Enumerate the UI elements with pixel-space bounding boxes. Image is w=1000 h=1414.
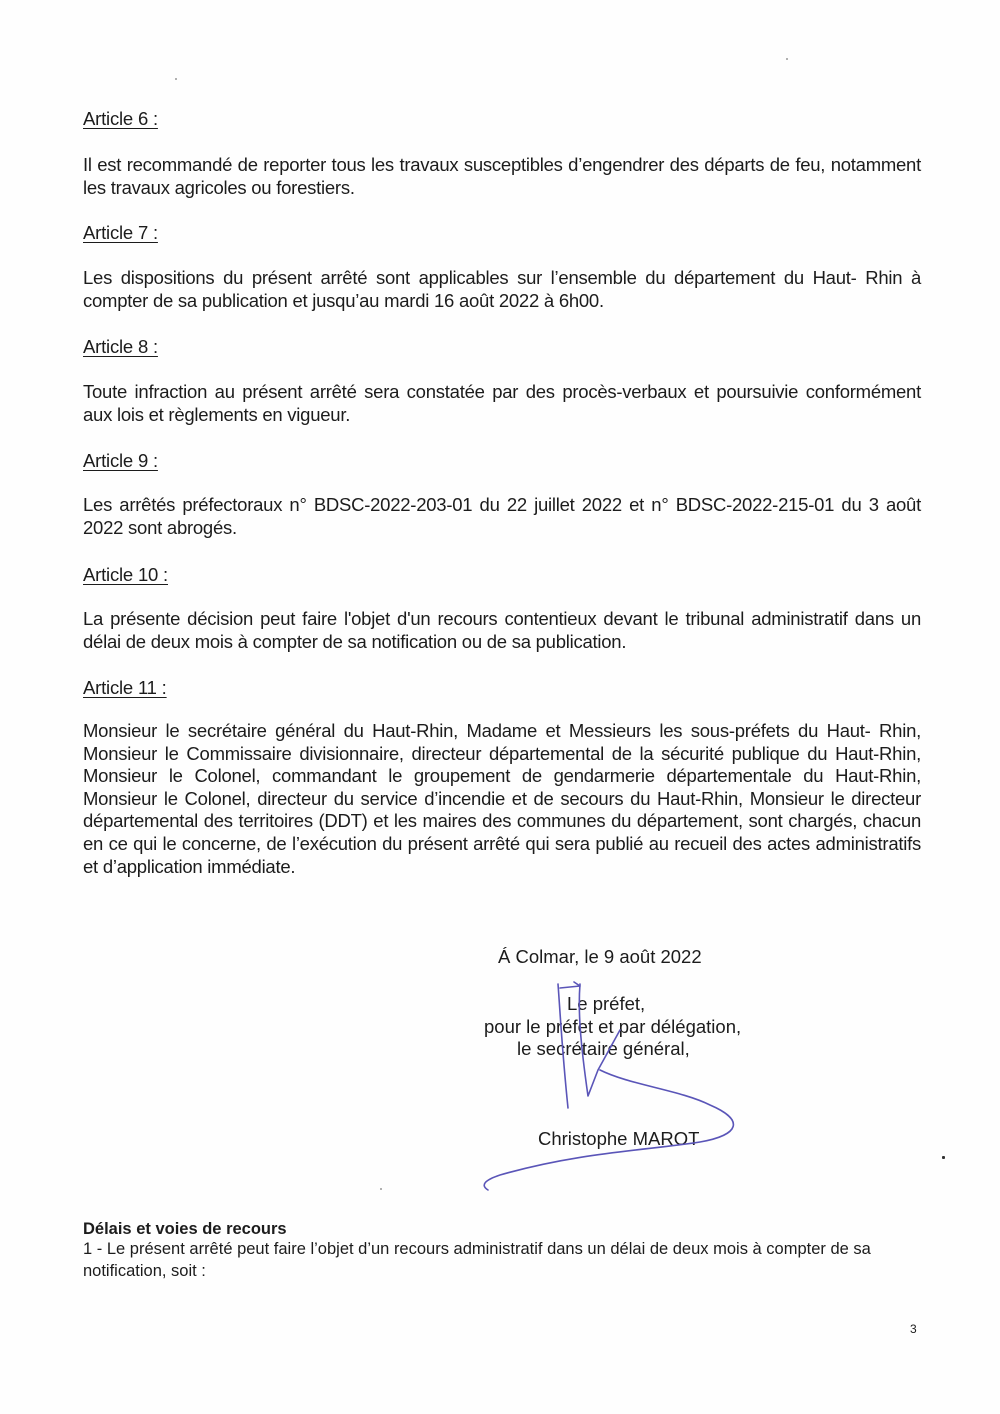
document-page: Article 6 : Il est recommandé de reporte… [0,0,1000,1414]
signatory-role-1: Le préfet, [567,993,645,1015]
article-8-title: Article 8 : [83,336,158,358]
scan-speck [380,1188,382,1190]
article-10-title: Article 10 : [83,564,168,586]
place-date: Á Colmar, le 9 août 2022 [498,946,702,968]
recours-text: 1 - Le présent arrêté peut faire l’objet… [83,1238,921,1282]
article-7-title: Article 7 : [83,222,158,244]
article-9-text: Les arrêtés préfectoraux n° BDSC-2022-20… [83,494,921,539]
signatory-role-2: pour le préfet et par délégation, [484,1016,741,1038]
recours-heading: Délais et voies de recours [83,1220,287,1239]
scan-speck [786,58,788,60]
signatory-name: Christophe MAROT [538,1128,699,1150]
scan-speck [942,1156,945,1159]
article-11-text: Monsieur le secrétaire général du Haut-R… [83,720,921,878]
scan-speck [175,78,177,80]
signatory-role-3: le secrétaire général, [517,1038,690,1060]
article-7-text: Les dispositions du présent arrêté sont … [83,267,921,312]
article-9-title: Article 9 : [83,450,158,472]
article-11-title: Article 11 : [83,677,167,699]
page-number: 3 [910,1322,917,1336]
article-6-text: Il est recommandé de reporter tous les t… [83,154,921,199]
article-10-text: La présente décision peut faire l'objet … [83,608,921,653]
article-8-text: Toute infraction au présent arrêté sera … [83,381,921,426]
article-6-title: Article 6 : [83,108,158,130]
